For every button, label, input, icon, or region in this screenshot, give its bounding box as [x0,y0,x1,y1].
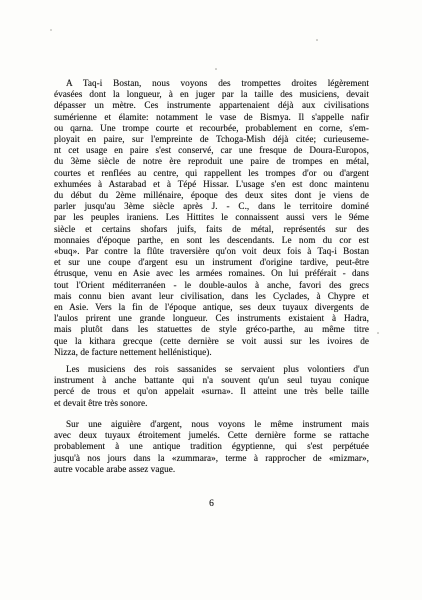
text-line: par les peuples iraniens. Les Hittites l… [54,212,369,223]
text-line: ployait en paire, sur l'empreinte de Tch… [54,134,369,145]
paragraph: Les musiciens des rois sassanides se ser… [54,364,369,409]
text-line: courtes et renflées au centre, qui rappe… [54,168,369,179]
text-line: «buq». Par contre la flûte traversière q… [54,246,369,257]
paragraph: A Taq-i Bostan, nous voyons des trompett… [54,78,369,358]
text-line: exhumées à Astarabad et à Tépé Hissar. L… [54,179,369,190]
text-line: et sur une coupe d'argent esu un instrum… [54,257,369,268]
text-line: du début du 2ème millénaire, époque des … [54,190,369,201]
text-line: évasées dont la longueur, à en juger par… [54,89,369,100]
text-line: probablement à une antique tradition égy… [54,441,369,452]
text-line: avec deux tuyaux étroitement jumelés. Ce… [54,430,369,441]
text-line: dépasser un mètre. Ces instrumente appar… [54,100,369,111]
text-line: monnaies d'époque parthe, en sont les de… [54,235,369,246]
page-number: 6 [54,499,369,510]
paragraph: Sur une aiguière d'argent, nous voyons l… [54,419,369,475]
text-line: étrusque, venu en Asie avec les armées r… [54,268,369,279]
text-line: mais connu bien avant leur civilisation,… [54,291,369,302]
scan-speck [50,29,52,31]
text-line: mais plutôt dans les statuettes de style… [54,324,369,335]
text-line: autre vocable arabe assez vague. [54,464,369,475]
text-line: du 3ème siècle de notre ère reproduit un… [54,156,369,167]
document-page: A Taq-i Bostan, nous voyons des trompett… [0,0,422,600]
text-line: ou qarna. Une trompe courte et recourbée… [54,123,369,134]
scan-speck [215,68,217,70]
text-line: siècle et certains shofars juifs, faits … [54,224,369,235]
text-line: sumérienne et élamite: notamment le vase… [54,112,369,123]
text-line: parler jusqu'au 3ème siècle après J. - C… [54,201,369,212]
text-line: Les musiciens des rois sassanides se ser… [54,364,369,375]
text-line: jusqu'à nos jours dans la «zummara», ter… [54,453,369,464]
scan-speck [377,332,379,334]
text-line: l'aulos prirent une grande longueur. Ces… [54,313,369,324]
text-line: tout l'Orient méditerranéen - le double-… [54,280,369,291]
text-line: instrument à anche battante qui n'a souv… [54,375,369,386]
text-line: que la kithara grecque (cette dernière s… [54,336,369,347]
text-block: A Taq-i Bostan, nous voyons des trompett… [54,78,369,475]
text-line: Sur une aiguière d'argent, nous voyons l… [54,419,369,430]
text-line: et devait être très sonore. [54,398,369,409]
text-line: A Taq-i Bostan, nous voyons des trompett… [54,78,369,89]
text-line: en Asie. Vers la fin de l'époque antique… [54,302,369,313]
text-line: nt cet usage en paire s'est conservé, ca… [54,145,369,156]
text-line: percé de trous et qu'on appelait «surna»… [54,386,369,397]
scan-speck [316,39,318,41]
text-line: Nizza, de facture nettement hellénistiqu… [54,347,369,358]
